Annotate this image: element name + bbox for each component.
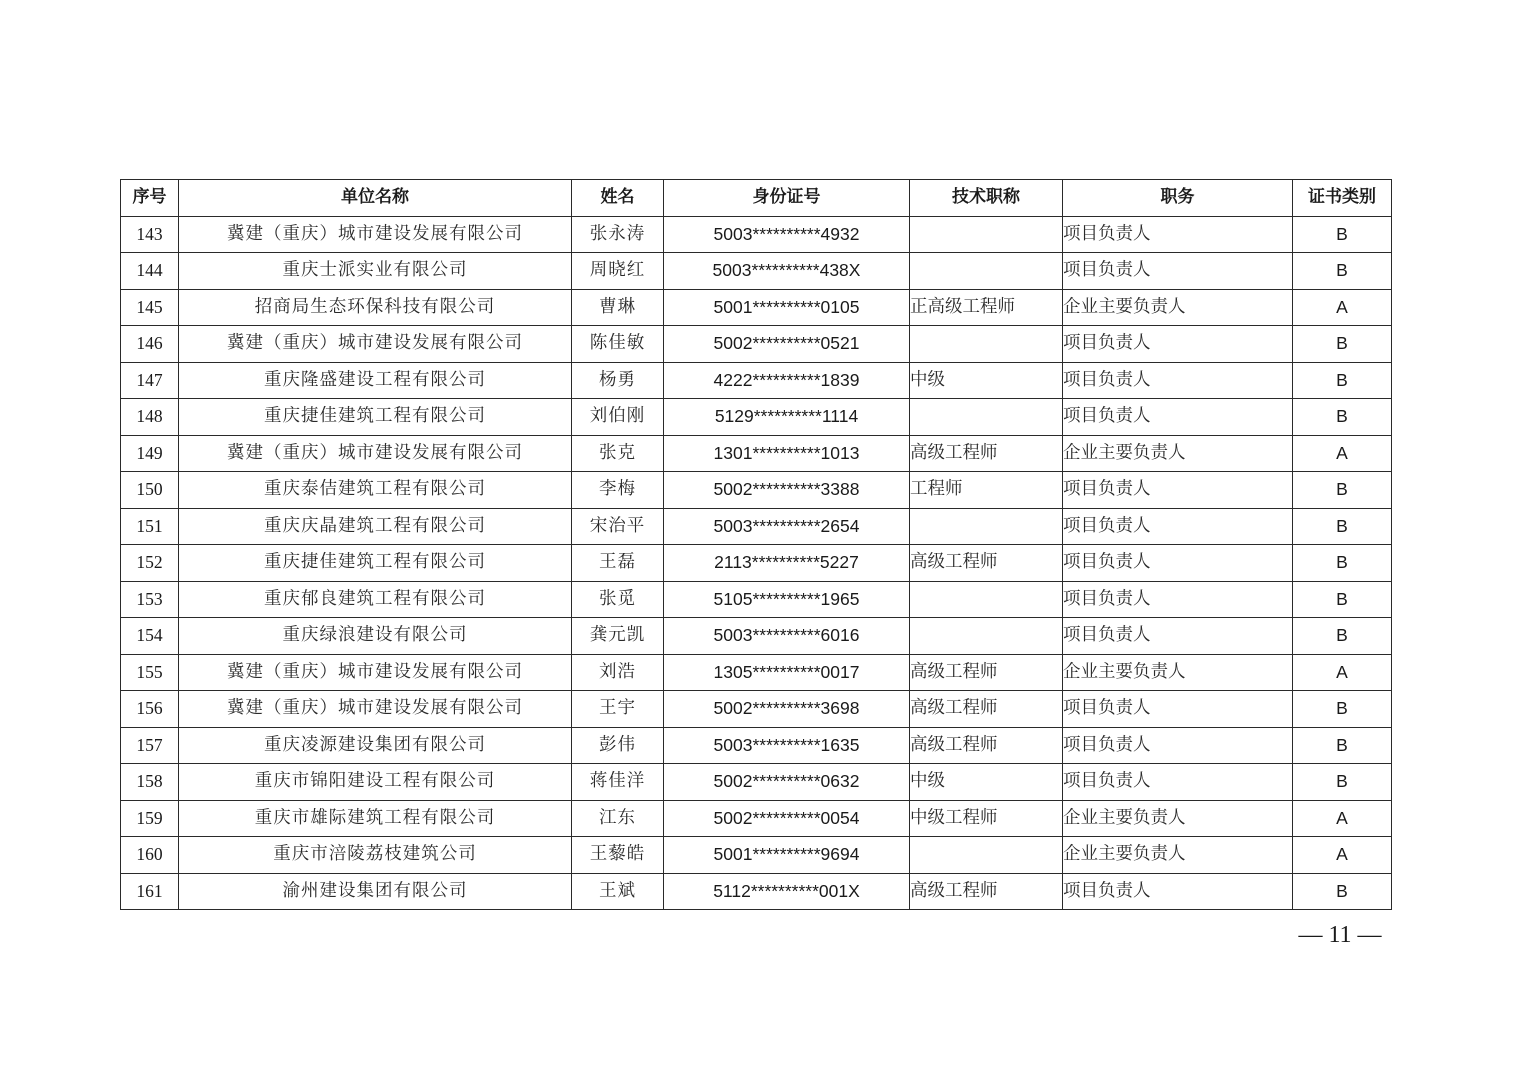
cell-title [910,399,1063,436]
cell-seq: 153 [121,581,179,618]
cell-seq: 150 [121,472,179,509]
cell-duty: 企业主要负责人 [1063,289,1293,326]
cell-unit: 重庆泰佶建筑工程有限公司 [179,472,572,509]
table-row: 147重庆隆盛建设工程有限公司杨勇4222**********1839中级项目负… [121,362,1392,399]
cell-cert: B [1293,472,1392,509]
cell-unit: 重庆士派实业有限公司 [179,253,572,290]
header-cert: 证书类别 [1293,180,1392,217]
cell-title: 高级工程师 [910,873,1063,910]
cell-name: 刘浩 [572,654,664,691]
table-row: 158重庆市锦阳建设工程有限公司蒋佳洋5002**********0632中级项… [121,764,1392,801]
header-unit: 单位名称 [179,180,572,217]
cell-duty: 项目负责人 [1063,545,1293,582]
table-row: 161渝州建设集团有限公司王斌5112**********001X高级工程师项目… [121,873,1392,910]
cell-title: 中级工程师 [910,800,1063,837]
cell-cert: B [1293,873,1392,910]
cell-unit: 冀建（重庆）城市建设发展有限公司 [179,654,572,691]
cell-duty: 项目负责人 [1063,581,1293,618]
cell-id: 1305**********0017 [664,654,910,691]
cell-duty: 项目负责人 [1063,618,1293,655]
cell-title: 高级工程师 [910,691,1063,728]
cell-title [910,253,1063,290]
cell-duty: 企业主要负责人 [1063,654,1293,691]
cell-cert: B [1293,727,1392,764]
table-body: 143冀建（重庆）城市建设发展有限公司张永涛5003**********4932… [121,216,1392,910]
cell-cert: A [1293,837,1392,874]
cell-duty: 项目负责人 [1063,253,1293,290]
cell-duty: 项目负责人 [1063,326,1293,363]
cell-cert: B [1293,216,1392,253]
cell-duty: 项目负责人 [1063,691,1293,728]
table-row: 153重庆郁良建筑工程有限公司张觅5105**********1965项目负责人… [121,581,1392,618]
cell-cert: B [1293,508,1392,545]
cell-seq: 151 [121,508,179,545]
cell-id: 1301**********1013 [664,435,910,472]
cell-title: 高级工程师 [910,727,1063,764]
cell-title [910,508,1063,545]
cell-duty: 项目负责人 [1063,508,1293,545]
cell-cert: B [1293,691,1392,728]
cell-name: 张永涛 [572,216,664,253]
cell-duty: 项目负责人 [1063,362,1293,399]
cell-seq: 145 [121,289,179,326]
cell-name: 彭伟 [572,727,664,764]
personnel-table: 序号 单位名称 姓名 身份证号 技术职称 职务 证书类别 143冀建（重庆）城市… [120,179,1392,910]
cell-id: 5002**********3698 [664,691,910,728]
cell-title: 工程师 [910,472,1063,509]
cell-unit: 重庆凌源建设集团有限公司 [179,727,572,764]
table-row: 160重庆市涪陵荔枝建筑公司王藜皓5001**********9694企业主要负… [121,837,1392,874]
cell-name: 刘伯刚 [572,399,664,436]
cell-cert: A [1293,289,1392,326]
cell-unit: 招商局生态环保科技有限公司 [179,289,572,326]
cell-cert: B [1293,545,1392,582]
cell-seq: 146 [121,326,179,363]
cell-id: 5001**********9694 [664,837,910,874]
cell-name: 江东 [572,800,664,837]
cell-unit: 重庆郁良建筑工程有限公司 [179,581,572,618]
cell-name: 李梅 [572,472,664,509]
cell-name: 陈佳敏 [572,326,664,363]
cell-unit: 冀建（重庆）城市建设发展有限公司 [179,216,572,253]
table-row: 151重庆庆晶建筑工程有限公司宋治平5003**********2654项目负责… [121,508,1392,545]
cell-seq: 154 [121,618,179,655]
cell-name: 王藜皓 [572,837,664,874]
cell-title: 正高级工程师 [910,289,1063,326]
cell-cert: B [1293,399,1392,436]
cell-name: 宋治平 [572,508,664,545]
cell-seq: 157 [121,727,179,764]
table-row: 155冀建（重庆）城市建设发展有限公司刘浩1305**********0017高… [121,654,1392,691]
cell-seq: 158 [121,764,179,801]
cell-cert: A [1293,654,1392,691]
cell-unit: 重庆庆晶建筑工程有限公司 [179,508,572,545]
cell-seq: 144 [121,253,179,290]
cell-name: 王斌 [572,873,664,910]
cell-id: 5112**********001X [664,873,910,910]
table-row: 144重庆士派实业有限公司周晓红5003**********438X项目负责人B [121,253,1392,290]
cell-id: 5002**********0521 [664,326,910,363]
cell-cert: B [1293,326,1392,363]
table-row: 159重庆市雄际建筑工程有限公司江东5002**********0054中级工程… [121,800,1392,837]
cell-id: 5129**********1114 [664,399,910,436]
cell-title: 中级 [910,764,1063,801]
cell-unit: 重庆隆盛建设工程有限公司 [179,362,572,399]
cell-name: 王宇 [572,691,664,728]
cell-cert: B [1293,362,1392,399]
cell-duty: 项目负责人 [1063,873,1293,910]
cell-title [910,837,1063,874]
document-page: 序号 单位名称 姓名 身份证号 技术职称 职务 证书类别 143冀建（重庆）城市… [0,0,1520,1074]
table-row: 152重庆捷佳建筑工程有限公司王磊2113**********5227高级工程师… [121,545,1392,582]
header-seq: 序号 [121,180,179,217]
cell-cert: B [1293,764,1392,801]
cell-name: 杨勇 [572,362,664,399]
cell-unit: 重庆市涪陵荔枝建筑公司 [179,837,572,874]
cell-cert: B [1293,253,1392,290]
table-row: 157重庆凌源建设集团有限公司彭伟5003**********1635高级工程师… [121,727,1392,764]
cell-id: 5003**********6016 [664,618,910,655]
cell-id: 5003**********4932 [664,216,910,253]
cell-id: 5003**********1635 [664,727,910,764]
cell-title [910,326,1063,363]
cell-title [910,581,1063,618]
cell-seq: 161 [121,873,179,910]
cell-unit: 重庆捷佳建筑工程有限公司 [179,399,572,436]
page-number: — 11 — [1288,922,1392,949]
header-title: 技术职称 [910,180,1063,217]
cell-cert: A [1293,435,1392,472]
cell-cert: B [1293,618,1392,655]
cell-duty: 企业主要负责人 [1063,435,1293,472]
cell-name: 张克 [572,435,664,472]
cell-seq: 156 [121,691,179,728]
cell-title [910,216,1063,253]
cell-id: 4222**********1839 [664,362,910,399]
cell-title: 高级工程师 [910,654,1063,691]
cell-unit: 渝州建设集团有限公司 [179,873,572,910]
table-row: 150重庆泰佶建筑工程有限公司李梅5002**********3388工程师项目… [121,472,1392,509]
cell-cert: A [1293,800,1392,837]
header-id: 身份证号 [664,180,910,217]
cell-title: 中级 [910,362,1063,399]
cell-title [910,618,1063,655]
cell-unit: 冀建（重庆）城市建设发展有限公司 [179,435,572,472]
cell-id: 5002**********3388 [664,472,910,509]
cell-seq: 143 [121,216,179,253]
table-row: 148重庆捷佳建筑工程有限公司刘伯刚5129**********1114项目负责… [121,399,1392,436]
cell-seq: 160 [121,837,179,874]
cell-seq: 149 [121,435,179,472]
cell-title: 高级工程师 [910,545,1063,582]
cell-name: 张觅 [572,581,664,618]
table-header-row: 序号 单位名称 姓名 身份证号 技术职称 职务 证书类别 [121,180,1392,217]
cell-id: 2113**********5227 [664,545,910,582]
cell-unit: 重庆市雄际建筑工程有限公司 [179,800,572,837]
table-row: 143冀建（重庆）城市建设发展有限公司张永涛5003**********4932… [121,216,1392,253]
cell-title: 高级工程师 [910,435,1063,472]
cell-duty: 项目负责人 [1063,399,1293,436]
table-row: 149冀建（重庆）城市建设发展有限公司张克1301**********1013高… [121,435,1392,472]
cell-seq: 147 [121,362,179,399]
cell-duty: 项目负责人 [1063,764,1293,801]
cell-seq: 152 [121,545,179,582]
table-row: 156冀建（重庆）城市建设发展有限公司王宇5002**********3698高… [121,691,1392,728]
table-row: 146冀建（重庆）城市建设发展有限公司陈佳敏5002**********0521… [121,326,1392,363]
cell-name: 周晓红 [572,253,664,290]
cell-duty: 项目负责人 [1063,472,1293,509]
cell-name: 曹琳 [572,289,664,326]
cell-duty: 企业主要负责人 [1063,837,1293,874]
cell-unit: 重庆市锦阳建设工程有限公司 [179,764,572,801]
cell-duty: 企业主要负责人 [1063,800,1293,837]
cell-seq: 159 [121,800,179,837]
cell-unit: 冀建（重庆）城市建设发展有限公司 [179,691,572,728]
cell-name: 王磊 [572,545,664,582]
header-name: 姓名 [572,180,664,217]
cell-id: 5002**********0054 [664,800,910,837]
cell-duty: 项目负责人 [1063,727,1293,764]
cell-id: 5002**********0632 [664,764,910,801]
table-row: 154重庆绿浪建设有限公司龚元凯5003**********6016项目负责人B [121,618,1392,655]
table-row: 145招商局生态环保科技有限公司曹琳5001**********0105正高级工… [121,289,1392,326]
cell-name: 蒋佳洋 [572,764,664,801]
cell-id: 5003**********2654 [664,508,910,545]
cell-cert: B [1293,581,1392,618]
header-duty: 职务 [1063,180,1293,217]
cell-id: 5003**********438X [664,253,910,290]
cell-unit: 冀建（重庆）城市建设发展有限公司 [179,326,572,363]
cell-duty: 项目负责人 [1063,216,1293,253]
cell-unit: 重庆绿浪建设有限公司 [179,618,572,655]
cell-seq: 155 [121,654,179,691]
cell-id: 5105**********1965 [664,581,910,618]
cell-id: 5001**********0105 [664,289,910,326]
cell-seq: 148 [121,399,179,436]
cell-name: 龚元凯 [572,618,664,655]
cell-unit: 重庆捷佳建筑工程有限公司 [179,545,572,582]
